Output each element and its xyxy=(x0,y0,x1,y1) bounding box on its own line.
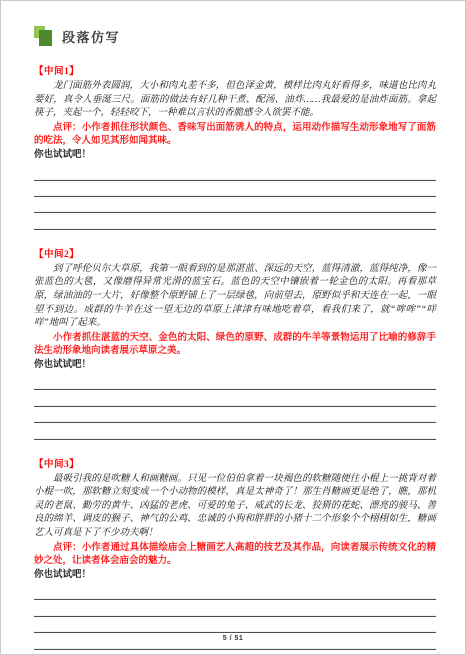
writing-line xyxy=(34,375,436,390)
writing-lines-group xyxy=(34,375,436,439)
page-header: 段落仿写 xyxy=(34,25,436,47)
example-paragraph: 最吸引我的是吹糖人和画糖画。只见一位伯伯拿着一块褐色的软糖随便往小棍上一挑背对着… xyxy=(34,473,436,541)
page-title: 段落仿写 xyxy=(62,27,120,46)
writing-line xyxy=(34,166,436,181)
writing-line xyxy=(34,617,436,633)
writing-lines-group xyxy=(34,166,436,230)
worksheet-page: 段落仿写 【中间1】 龙门面筋外表圆润，大小和肉丸差不多，但色泽金黄，模样比肉丸… xyxy=(0,0,466,655)
writing-line xyxy=(34,181,436,197)
section-middle-3: 【中间3】 最吸引我的是吹糖人和画糖画。只见一位伯伯拿着一块褐色的软糖随便往小棍… xyxy=(34,456,436,650)
writing-line xyxy=(34,585,436,600)
section-label: 【中间3】 xyxy=(34,456,436,470)
teacher-comment: 点评：小作者抓住形状颜色、香味写出面筋诱人的特点，运用动作描写生动形象地写了面筋… xyxy=(34,121,436,148)
example-paragraph: 到了呼伦贝尔大草原，我第一眼看到的是那湛蓝、深远的天空，蓝得清澈，蓝得纯净，像一… xyxy=(34,263,436,331)
writing-line xyxy=(34,423,436,439)
try-it-prompt: 你也试试吧！ xyxy=(34,568,436,582)
writing-line xyxy=(34,390,436,406)
writing-line xyxy=(34,407,436,423)
example-paragraph: 龙门面筋外表圆润，大小和肉丸差不多，但色泽金黄，模样比肉丸好看得多，味道也比肉丸… xyxy=(34,80,436,121)
green-squares-icon xyxy=(34,26,53,46)
section-label: 【中间2】 xyxy=(34,246,436,260)
teacher-comment: 点评：小作者通过具体描绘庙会上糖画艺人高超的技艺及其作品，向读者展示传统文化的精… xyxy=(34,541,436,568)
section-label: 【中间1】 xyxy=(34,63,436,77)
teacher-comment: 小作者抓住湛蓝的天空、金色的太阳、绿色的原野、成群的牛羊等景物运用了比喻的修辞手… xyxy=(34,331,436,358)
writing-line xyxy=(34,600,436,616)
try-it-prompt: 你也试试吧！ xyxy=(34,358,436,372)
writing-line xyxy=(34,197,436,213)
section-middle-2: 【中间2】 到了呼伦贝尔大草原，我第一眼看到的是那湛蓝、深远的天空，蓝得清澈，蓝… xyxy=(34,246,436,440)
section-middle-1: 【中间1】 龙门面筋外表圆润，大小和肉丸差不多，但色泽金黄，模样比肉丸好看得多，… xyxy=(34,63,436,230)
try-it-prompt: 你也试试吧！ xyxy=(34,148,436,162)
page-number: 5 / 51 xyxy=(1,635,465,642)
writing-line xyxy=(34,213,436,229)
